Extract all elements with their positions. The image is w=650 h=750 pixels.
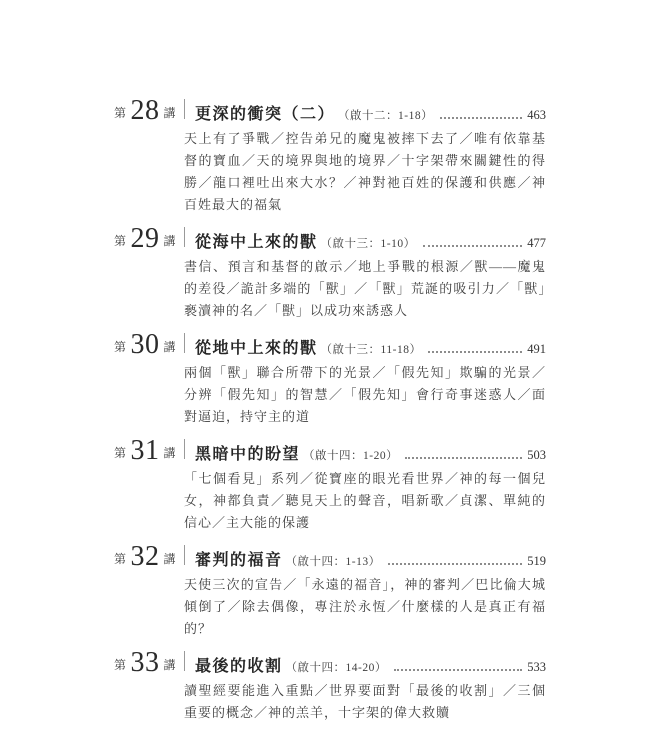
toc-entry-33: 第 33 講 最後的收割 （啟十四：14-20） 533 讀聖經要能進入重點／世… <box>114 649 546 724</box>
dot-leader <box>388 560 523 565</box>
vertical-divider <box>184 651 185 671</box>
vertical-divider <box>184 333 185 353</box>
toc-entry-28: 第 28 講 更深的衝突（二） （啟十二：1-18） 463 天上有了爭戰／控告… <box>114 97 546 216</box>
lecture-suffix-label: 講 <box>164 656 177 673</box>
chapter-title: 審判的福音 <box>195 547 283 570</box>
page-number: 477 <box>527 236 546 251</box>
dot-leader <box>423 242 523 247</box>
dot-leader <box>428 348 522 353</box>
lecture-prefix-label: 第 <box>114 444 127 461</box>
chapter-title: 最後的收割 <box>195 653 283 676</box>
vertical-divider <box>184 99 185 119</box>
chapter-summary: 讀聖經要能進入重點／世界要面對「最後的收割」／三個重要的概念／神的羔羊，十字架的… <box>184 680 546 724</box>
vertical-divider <box>184 545 185 565</box>
toc-entry-30: 第 30 講 從地中上來的獸 （啟十三：11-18） 491 兩個「獸」聯合所帶… <box>114 331 546 428</box>
dot-leader <box>440 114 522 119</box>
toc-entry-header: 第 28 講 更深的衝突（二） （啟十二：1-18） 463 <box>114 97 546 125</box>
dot-leader <box>405 454 522 459</box>
lecture-number: 28 <box>131 97 160 125</box>
lecture-number: 33 <box>131 649 160 677</box>
lecture-number: 30 <box>131 331 160 359</box>
chapter-title: 更深的衝突（二） <box>195 101 335 124</box>
chapter-summary: 天使三次的宣告／「永遠的福音」，神的審判／巴比倫大城傾倒了／除去偶像，專注於永恆… <box>184 574 546 640</box>
scripture-reference: （啟十四：14-20） <box>286 659 387 675</box>
lecture-prefix-label: 第 <box>114 232 127 249</box>
lecture-number: 31 <box>131 437 160 465</box>
toc-entry-32: 第 32 講 審判的福音 （啟十四：1-13） 519 天使三次的宣告／「永遠的… <box>114 543 546 640</box>
lecture-number: 32 <box>131 543 160 571</box>
toc-entry-header: 第 32 講 審判的福音 （啟十四：1-13） 519 <box>114 543 546 571</box>
toc-page: 第 28 講 更深的衝突（二） （啟十二：1-18） 463 天上有了爭戰／控告… <box>0 0 650 750</box>
toc-entry-header: 第 31 講 黑暗中的盼望 （啟十四：1-20） 503 <box>114 437 546 465</box>
lecture-number: 29 <box>131 225 160 253</box>
lecture-prefix-label: 第 <box>114 656 127 673</box>
dot-leader <box>394 666 522 671</box>
lecture-prefix-label: 第 <box>114 550 127 567</box>
toc-entry-31: 第 31 講 黑暗中的盼望 （啟十四：1-20） 503 「七個看見」系列／從寶… <box>114 437 546 534</box>
toc-entry-header: 第 29 講 從海中上來的獸 （啟十三：1-10） 477 <box>114 225 546 253</box>
chapter-summary: 天上有了爭戰／控告弟兄的魔鬼被摔下去了／唯有依靠基督的寶血／天的境界與地的境界／… <box>184 128 546 216</box>
lecture-prefix-label: 第 <box>114 338 127 355</box>
page-number: 503 <box>527 448 546 463</box>
chapter-summary: 兩個「獸」聯合所帶下的光景／「假先知」欺騙的光景／分辨「假先知」的智慧／「假先知… <box>184 362 546 428</box>
page-number: 519 <box>527 554 546 569</box>
scripture-reference: （啟十三：1-10） <box>321 235 416 251</box>
lecture-suffix-label: 講 <box>164 338 177 355</box>
page-number: 533 <box>527 660 546 675</box>
vertical-divider <box>184 439 185 459</box>
lecture-suffix-label: 講 <box>164 232 177 249</box>
lecture-suffix-label: 講 <box>164 104 177 121</box>
chapter-title: 從海中上來的獸 <box>195 229 318 252</box>
page-number: 491 <box>527 342 546 357</box>
page-number: 463 <box>527 108 546 123</box>
lecture-suffix-label: 講 <box>164 550 177 567</box>
toc-entry-header: 第 30 講 從地中上來的獸 （啟十三：11-18） 491 <box>114 331 546 359</box>
vertical-divider <box>184 227 185 247</box>
chapter-title: 黑暗中的盼望 <box>195 441 300 464</box>
lecture-suffix-label: 講 <box>164 444 177 461</box>
scripture-reference: （啟十二：1-18） <box>338 107 433 123</box>
scripture-reference: （啟十四：1-13） <box>286 553 381 569</box>
toc-entry-header: 第 33 講 最後的收割 （啟十四：14-20） 533 <box>114 649 546 677</box>
scripture-reference: （啟十三：11-18） <box>321 341 422 357</box>
lecture-prefix-label: 第 <box>114 104 127 121</box>
chapter-summary: 「七個看見」系列／從寶座的眼光看世界／神的每一個兒女，神都負責／聽見天上的聲音，… <box>184 468 546 534</box>
scripture-reference: （啟十四：1-20） <box>303 447 398 463</box>
chapter-title: 從地中上來的獸 <box>195 335 318 358</box>
chapter-summary: 書信、預言和基督的啟示／地上爭戰的根源／獸——魔鬼的差役／詭計多端的「獸」／「獸… <box>184 256 546 322</box>
toc-entry-29: 第 29 講 從海中上來的獸 （啟十三：1-10） 477 書信、預言和基督的啟… <box>114 225 546 322</box>
